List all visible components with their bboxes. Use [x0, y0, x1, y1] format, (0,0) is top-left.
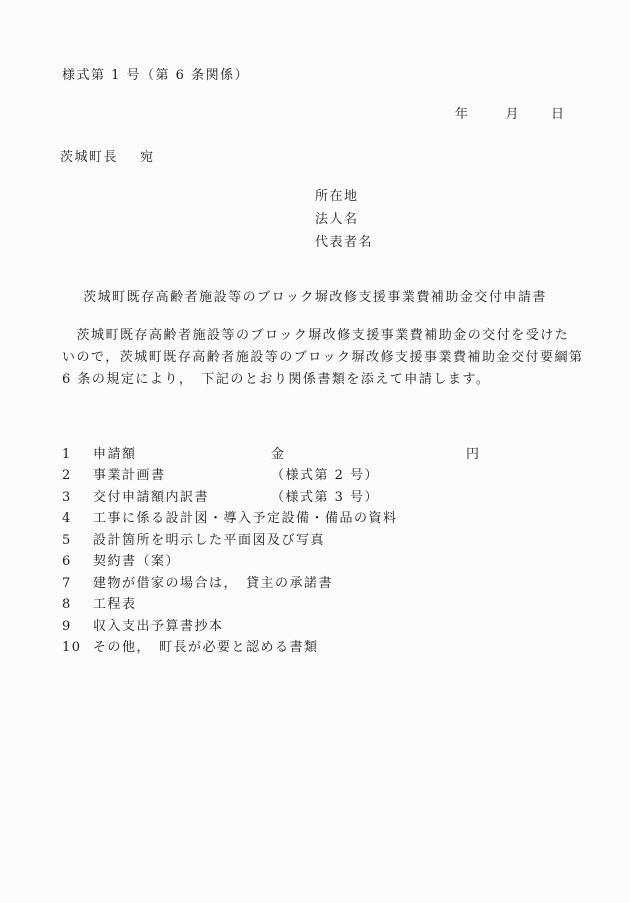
item-number: 7 [62, 573, 93, 594]
body-line: 6 条の規定により， 下記のとおり関係書類を添えて申請します。 [62, 369, 583, 391]
item-number: 8 [62, 594, 93, 615]
list-item: 10その他， 町長が必要と認める書類 [62, 637, 481, 658]
item-number: 1 [62, 444, 93, 465]
item-label: 工事に係る設計図・導入予定設備・備品の資料 [93, 508, 398, 529]
item-number: 2 [62, 465, 93, 486]
form-number: 様式第 1 号（第 6 条関係） [62, 64, 249, 83]
item-amount-suffix: 円 [466, 447, 481, 462]
document-page: 様式第 1 号（第 6 条関係） 年月日 茨城町長宛 所在地 法人名 代表者名 … [0, 0, 630, 903]
item-label: 収入支出予算書抄本 [93, 616, 271, 637]
item-amount-prefix: 金 [271, 444, 466, 465]
item-label: 契約書（案） [93, 551, 271, 572]
list-item: 8工程表 [62, 594, 481, 615]
item-form-ref: （様式第 2 号） [271, 465, 466, 486]
item-number: 4 [62, 508, 93, 529]
applicant-fields: 所在地 法人名 代表者名 [315, 185, 373, 254]
date-year-label: 年 [455, 107, 470, 122]
list-item: 5設計箇所を明示した平面図及び写真 [62, 530, 481, 551]
date-day-label: 日 [551, 107, 566, 122]
list-item: 3交付申請額内訳書（様式第 3 号） [62, 487, 481, 508]
field-address-label: 所在地 [315, 185, 373, 208]
item-number: 5 [62, 530, 93, 551]
body-paragraph: 茨城町既存高齢者施設等のブロック塀改修支援事業費補助金の交付を受けた いので，茨… [62, 325, 583, 391]
item-form-ref: （様式第 3 号） [271, 487, 466, 508]
list-item: 2事業計画書（様式第 2 号） [62, 465, 481, 486]
field-corporate-name-label: 法人名 [315, 208, 373, 231]
field-representative-label: 代表者名 [315, 231, 373, 254]
list-item: 9収入支出予算書抄本 [62, 616, 481, 637]
item-label: 事業計画書 [93, 465, 271, 486]
list-item: 6契約書（案） [62, 551, 481, 572]
item-number: 10 [62, 637, 93, 658]
item-label: 建物が借家の場合は， 貸主の承諾書 [93, 573, 333, 594]
body-line: 茨城町既存高齢者施設等のブロック塀改修支援事業費補助金の交付を受けた [62, 325, 583, 347]
item-label: 交付申請額内訳書 [93, 487, 271, 508]
item-number: 6 [62, 551, 93, 572]
list-item: 1申請額金円 [62, 444, 481, 465]
item-label: 工程表 [93, 594, 271, 615]
list-item: 4工事に係る設計図・導入予定設備・備品の資料 [62, 508, 481, 529]
addressee-name: 茨城町長 [60, 150, 118, 165]
item-label: その他， 町長が必要と認める書類 [93, 637, 319, 658]
document-title: 茨城町既存高齢者施設等のブロック塀改修支援事業費補助金交付申請書 [0, 286, 630, 305]
addressee-suffix: 宛 [140, 150, 155, 165]
item-label: 申請額 [93, 444, 271, 465]
date-month-label: 月 [506, 107, 521, 122]
item-number: 3 [62, 487, 93, 508]
list-item: 7建物が借家の場合は， 貸主の承諾書 [62, 573, 481, 594]
body-line: いので，茨城町既存高齢者施設等のブロック塀改修支援事業費補助金交付要綱第 [62, 347, 583, 369]
date-line: 年月日 [455, 103, 566, 122]
item-number: 9 [62, 616, 93, 637]
addressee-line: 茨城町長宛 [60, 146, 155, 165]
item-label: 設計箇所を明示した平面図及び写真 [93, 530, 325, 551]
attachment-list: 1申請額金円 2事業計画書（様式第 2 号） 3交付申請額内訳書（様式第 3 号… [62, 444, 481, 659]
